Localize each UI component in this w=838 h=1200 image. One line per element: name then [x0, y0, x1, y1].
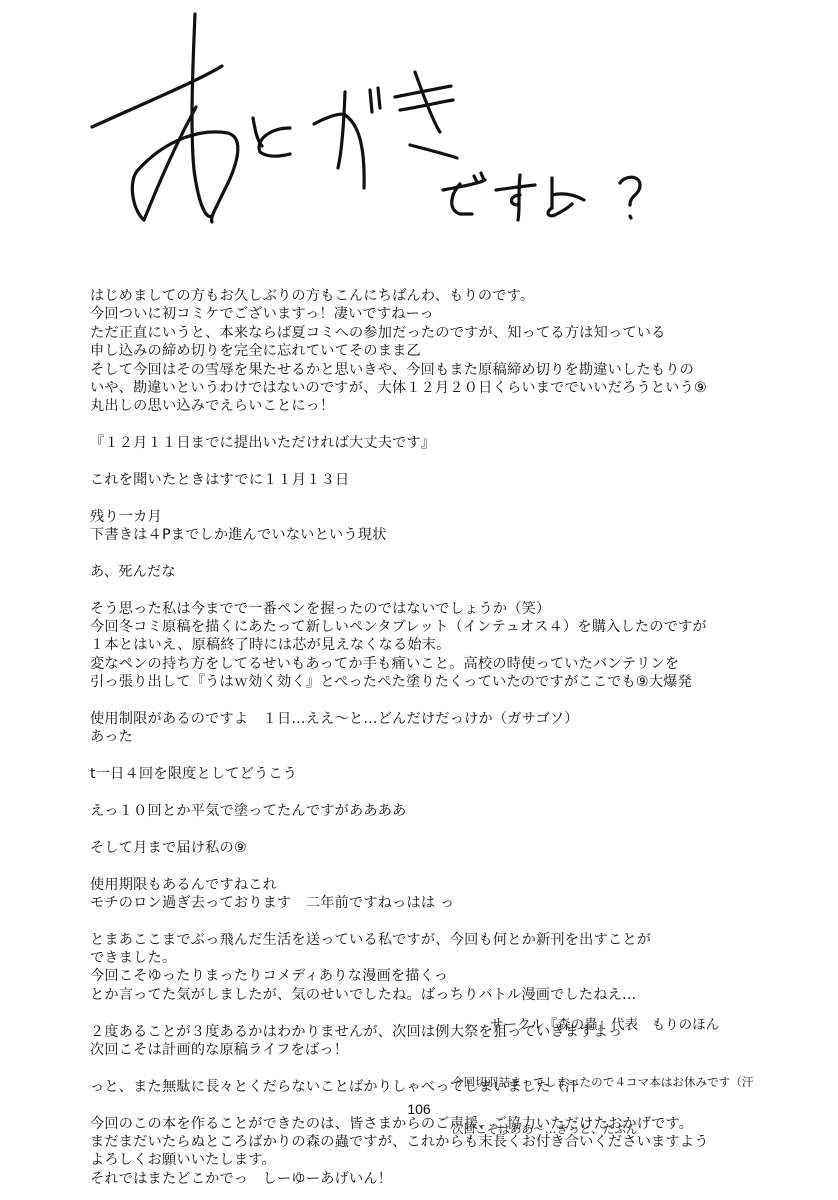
text-line: モチのロン過ぎ去っております 二年前ですねっはは っ [90, 894, 790, 912]
text-line: 引っ張り出して『うはｗ効く効く』とぺったぺた塗りたくっていたのですがここでも⑨大… [90, 673, 790, 691]
text-line: t一日４回を限度としてどうこう [90, 765, 790, 783]
text-line: ただ正直にいうと、本来ならば夏コミへの参加だったのですが、知ってる方は知っている [90, 324, 790, 342]
text-line: えっ１０回とか平気で塗ってたんですがああああ [90, 802, 790, 820]
handwritten-title [0, 0, 838, 280]
text-line: いや、勘違いというわけではないのですが、大体１２月２０日くらいまででいいだろうと… [90, 379, 790, 397]
author-signature: サークル『森の蟲』代表 もりのほん [490, 1013, 719, 1033]
text-line: １本とはいえ、原稿終了時には芯が見えなくなる始末。 [90, 636, 790, 654]
footnote-line: 今回切羽詰まってしまったので４コマ本はお休みです（汗 [452, 1075, 753, 1091]
text-line: とまあここまでぶっ飛んだ生活を送っている私ですが、今回も何とか新刊を出すことが [90, 931, 790, 949]
text-line: そして今回はその雪辱を果たせるかと思いきや、今回もまた原稿締め切りを勘違いしたも… [90, 361, 790, 379]
paragraph-greeting: はじめましての方もお久しぶりの方もこんにちばんわ、もりのです。 今回ついに初コミ… [90, 287, 790, 416]
text-line: 下書きは４Pまでしか進んでいないという現状 [90, 526, 790, 544]
paragraph-pen-tablet: そう思った私は今までで一番ペンを握ったのではないでしょうか（笑） 今回冬コミ原稿… [90, 600, 790, 692]
page-number: 106 [0, 1101, 838, 1117]
text-line: 今回こそゆったりまったりコメディありな漫画を描くっ [90, 967, 790, 985]
text-line: よろしくお願いいたします。 [90, 1151, 790, 1169]
text-line: 今回冬コミ原稿を描くにあたって新しいペンタブレット（インテュオス４）を購入したの… [90, 618, 790, 636]
text-line: あった [90, 728, 790, 746]
text-line: 丸出しの思い込みでえらいことにっ！ [90, 397, 790, 415]
paragraph-new-book: とまあここまでぶっ飛んだ生活を送っている私ですが、今回も何とか新刊を出すことが … [90, 931, 790, 1005]
text-line: はじめましての方もお久しぶりの方もこんにちばんわ、もりのです。 [90, 287, 790, 305]
text-line: あ、死んだな [90, 563, 790, 581]
footnote-line: 次回こそはああ～…きっと、たぶん [452, 1122, 753, 1138]
text-line: 変なペンの持ち方をしてるせいもあってか手も痛いこと。高校の時使っていたバンテリン… [90, 655, 790, 673]
text-line: 申し込みの締め切りを完全に忘れていてそのまま乙 [90, 342, 790, 360]
footnote: 今回切羽詰まってしまったので４コマ本はお休みです（汗 次回こそはああ～…きっと、… [452, 1044, 753, 1153]
text-line: とか言ってた気がしましたが、気のせいでしたね。ばっちりバトル漫画でしたねえ… [90, 986, 790, 1004]
text-line: 使用制限があるのですよ １日…ええ～と…どんだけだっけか（ガサゴソ） [90, 710, 790, 728]
text-line: これを聞いたときはすでに１１月１３日 [90, 471, 790, 489]
text-line: できました。 [90, 949, 790, 967]
text-line: 残り一カ月 [90, 508, 790, 526]
text-line: それではまたどこかでっ しーゆーあげいん！ [90, 1170, 790, 1188]
text-line: 使用期限もあるんですねこれ [90, 876, 790, 894]
text-line-deadline-quote: 『１２月１１日までに提出いただければ大丈夫です』 [90, 434, 790, 452]
text-line: そう思った私は今までで一番ペンを握ったのではないでしょうか（笑） [90, 600, 790, 618]
handwritten-title-art [0, 0, 838, 280]
text-line: 今回ついに初コミケでございますっ！凄いですねーっ [90, 305, 790, 323]
text-line: そして月まで届け私の⑨ [90, 839, 790, 857]
